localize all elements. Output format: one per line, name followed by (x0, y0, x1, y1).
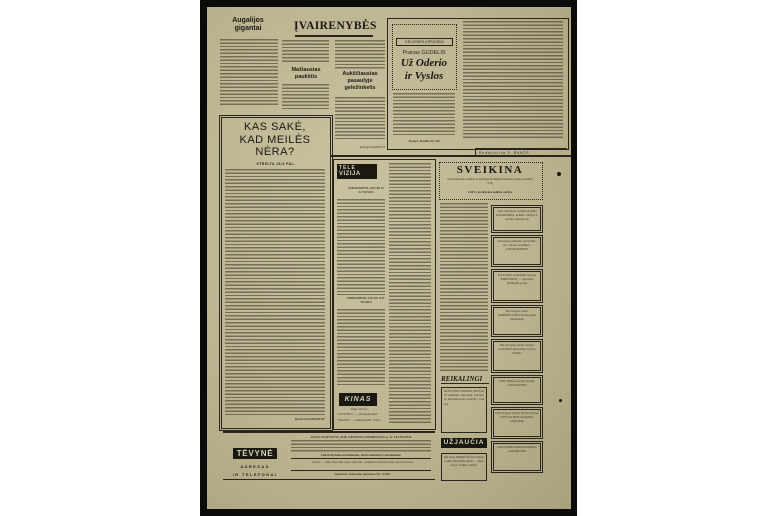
greeting-box-7: Dėl brangaus tėvelio mirties Aldoną KINV… (493, 409, 541, 437)
scan-speck (559, 399, 562, 402)
editor-line: Redaktorius P. RANČĖ (475, 148, 567, 155)
greetings-text-column (440, 203, 488, 371)
condolence-box: Dėl Prano RIMKEVIČIAUS mirties giliai už… (441, 453, 487, 481)
tv-right-listings (389, 163, 431, 423)
article-body-maziausias (282, 84, 329, 109)
article-body-augalijos (220, 39, 278, 107)
section-title-ivairenybes: ĮVAIRENYBĖS (294, 20, 374, 33)
feature-signature: Brenė DAUGIRDIENĖ (267, 417, 325, 421)
footer-note: Laikraštis išeina antradieniais, ketvirt… (291, 453, 431, 457)
travel-continuation: Tęsinys. Pradžia Nr. 148 (393, 139, 455, 143)
feature-byline: STRELTA 18:3 PAL. (237, 162, 315, 166)
tv-logo: TELE VIZIJA (337, 164, 377, 179)
greeting-box-3: Nuoširdžiai sveikiname Vytautą BIRŽINIEN… (493, 271, 541, 301)
feature-headline-line2: KAD MEILĖS (223, 134, 327, 147)
greeting-box-8: Giliai liūdime netekus Kazimiero GARDIKO… (493, 443, 541, 471)
footer-low-rule (291, 470, 431, 471)
needed-title: REIKALINGI (441, 375, 489, 384)
travel-author: Pranas GUDELIS (393, 50, 455, 56)
travel-title-line2: ir Vyslos (393, 70, 455, 83)
cinema-item-2: "SKALVĖ" — „Šeškų medžio" (vaik.) (337, 419, 383, 423)
needed-box: PANEVĖŽIO KARDOS KOLŪKIUI reikalingi: va… (441, 387, 487, 433)
footer-address: 235319, PANEVĖŽYS, MTF, KĖDAINIŲ KOMBINA… (291, 435, 431, 439)
article-body-col3-top (335, 40, 385, 70)
greeting-box-6: Giliai liūdime netekę draugės GRUNGIENĖS (493, 377, 541, 403)
footer-bottom-rule (223, 479, 435, 480)
article-title-augalijos: Augalijos gigantai (223, 17, 273, 33)
travel-body-left (393, 93, 455, 135)
travel-title: Už Oderio ir Vyslos (393, 57, 455, 83)
footer-printer: "Tėvynė" — mūsų Panevėžio rajono laikraš… (297, 461, 427, 465)
tv-logo-line2: VIZIJA (339, 171, 375, 177)
greetings-banner-title: SVEIKINA (441, 164, 539, 176)
cinema-logo: KINAS (339, 393, 377, 406)
greetings-banner-sign: LKP 11 suvažiavimo kolūkio valdyba (447, 191, 533, 195)
footer-address-details (291, 440, 431, 452)
travel-body-right (463, 21, 563, 139)
greeting-box-1: Gilia užuojauta sveikina mylimą KAVARSKI… (493, 207, 541, 231)
feature-body (225, 169, 325, 417)
footer-label-line1: ADRESAS (225, 464, 285, 469)
newspaper-page: Augalijos gigantai ĮVAIRENYBĖS Mažiausia… (207, 7, 571, 509)
travel-rubric: KELIONĖS ĮSPŪDŽIAI (396, 38, 453, 46)
tv-day1-listings (337, 199, 385, 295)
footer-mid-rule (291, 458, 431, 459)
condolence-title: UŽJAUČIA (441, 438, 487, 448)
cinema-date: Sausio 15-16 d. (339, 408, 379, 412)
feature-headline: KAS SAKĖ, KAD MEILĖS NĖRA? (223, 121, 327, 159)
article-body-aukstciausias (335, 97, 385, 141)
greeting-box-4: Dėl staigios Genės MORKŪNAITĖS mirties g… (493, 307, 541, 335)
greetings-banner-text: Nuoširdžiausiai sveikina su garbingu jub… (447, 178, 533, 185)
article-title-aukstciausias: Aukščiausias pasaulyje geležinkelis (333, 71, 387, 92)
scan-speck (557, 172, 561, 176)
tv-day2-listings (337, 309, 385, 387)
greeting-box-5: Dėl brangaus tėvelio mirties nuoširdžiai… (493, 341, 541, 371)
article-title-maziausias: Mažiausias paukštis (283, 67, 329, 81)
feature-headline-line3: NĖRA? (223, 146, 327, 159)
section-title-underline (295, 35, 373, 37)
travel-title-line1: Už Oderio (393, 57, 455, 70)
top-section-divider (331, 155, 571, 157)
tv-day1-heading: SEKMADIENIS, SAUSIO 15 D. VILNIUS (347, 187, 385, 195)
article-body-col2-top (282, 40, 329, 64)
tv-day2-heading: PIRMADIENIS, SAUSIO 16 D. VILNIUS (347, 297, 385, 305)
footer-label-line2: IR TELEFONAI (225, 472, 285, 477)
article-author: Parengė PRANČIUS (337, 145, 385, 149)
feature-headline-line1: KAS SAKĖ, (223, 121, 327, 134)
footer-order: Spaustuvė: Panevėžio spaustuvė Tir. 12.0… (297, 472, 427, 476)
footer-top-rule (223, 431, 435, 433)
footer-masthead: TĖVYNĖ (233, 448, 277, 459)
greeting-box-2: Užuojautą reiškiame dėl mylimo tėvo mirt… (493, 237, 541, 265)
cinema-item-1: "ŠVYTURYS" — „Nuotykių kelias" (337, 413, 383, 417)
